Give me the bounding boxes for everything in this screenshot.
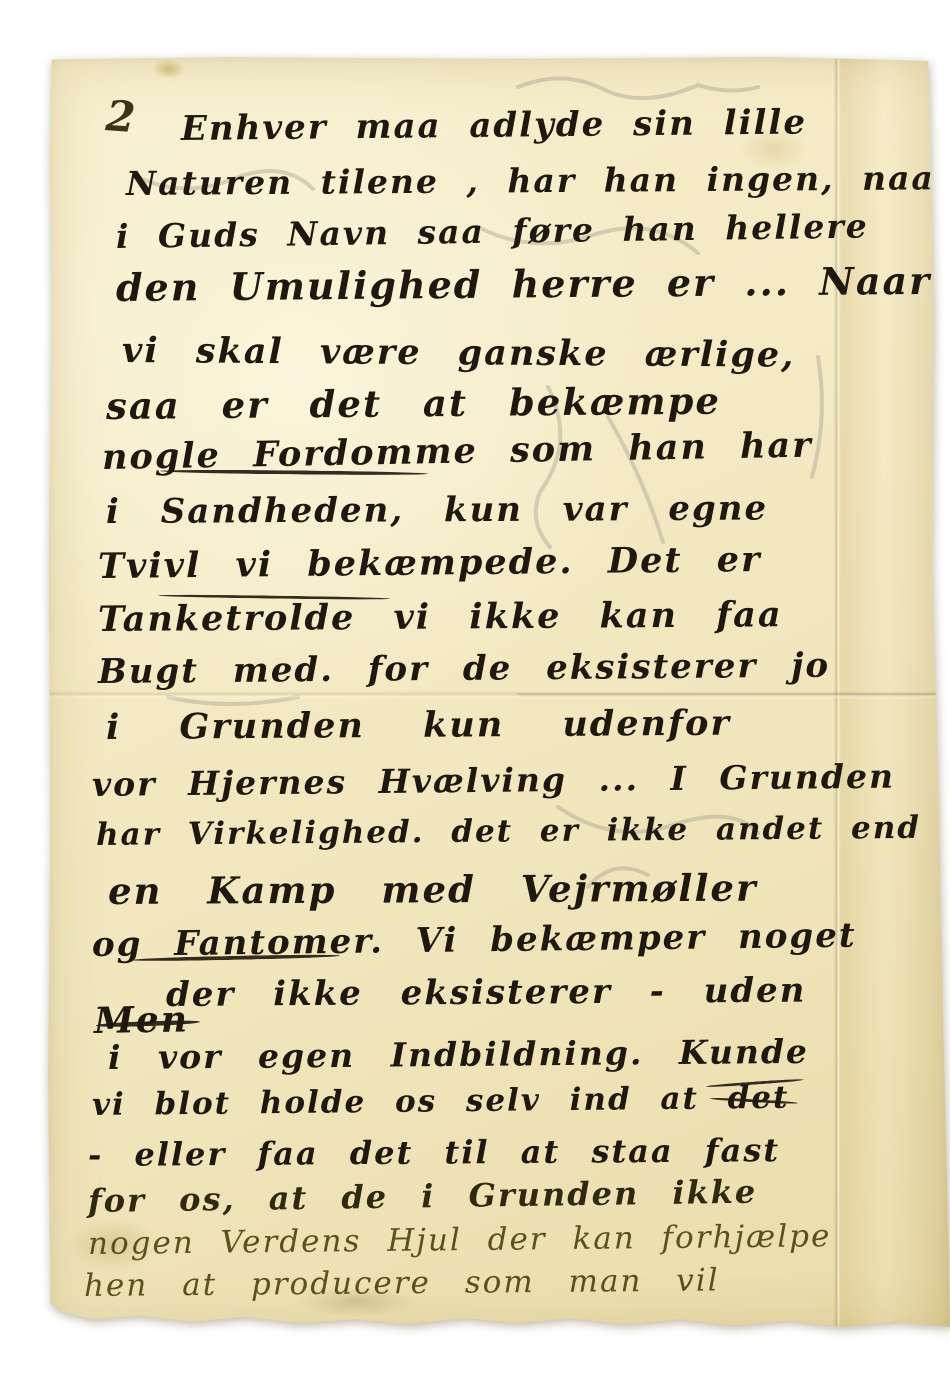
handwritten-line: Enhver maa adlyde sin lille (181, 105, 807, 146)
handwritten-line: saa er det at bekæmpe (106, 383, 721, 425)
handwritten-line: i Grunden kun udenfor (106, 706, 731, 745)
handwritten-line: nogen Verdens Hjul der kan forhjælpe (88, 1221, 832, 1260)
handwritten-line: der ikke eksisterer - uden (166, 974, 807, 1012)
handwritten-line: vor Hjernes Hvælving ... I Grunden (92, 760, 895, 801)
page-number: 2 (105, 95, 139, 139)
handwritten-line: vi skal være ganske ærlige, (122, 333, 796, 373)
handwritten-line: den Umulighed herre er ... Naar (116, 262, 932, 307)
handwritten-line: Bugt med. for de eksisterer jo (98, 649, 830, 689)
handwritten-line: - eller faa det til at staa fast (88, 1134, 780, 1171)
handwritten-line: for os, at de i Grunden ikke (88, 1176, 758, 1217)
scanned-manuscript: 2 Enhver maa adlyde sin lille Naturen ti… (0, 0, 950, 1387)
fold-crease-horizontal-dark (518, 693, 950, 698)
handwritten-line: i Sandheden, kun var egne (106, 492, 768, 529)
handwritten-line: i Guds Navn saa føre han hellere (116, 209, 869, 253)
handwritten-line: hen at producere som man vil (84, 1265, 720, 1302)
manuscript-page: 2 Enhver maa adlyde sin lille Naturen ti… (48, 57, 950, 1332)
handwritten-line: vi blot holde os selv ind at det (92, 1083, 790, 1121)
handwritten-line: nogle Fordomme som han har (102, 428, 813, 475)
handwritten-line: i vor egen Indbildning. Kunde (108, 1035, 809, 1074)
handwritten-line: har Virkelighed. det er ikke andet end (96, 813, 921, 851)
handwritten-line: Tanketrolde vi ikke kan faa (98, 597, 783, 637)
handwritten-line: Tvivl vi bekæmpede. Det er (98, 542, 762, 584)
paper-stain (152, 59, 186, 79)
paper-shadow-wrap: 2 Enhver maa adlyde sin lille Naturen ti… (0, 0, 950, 1387)
handwritten-line: Naturen tilene , har han ingen, naa (126, 161, 935, 200)
handwritten-line: en Kamp med Vejrmøller (108, 870, 758, 910)
